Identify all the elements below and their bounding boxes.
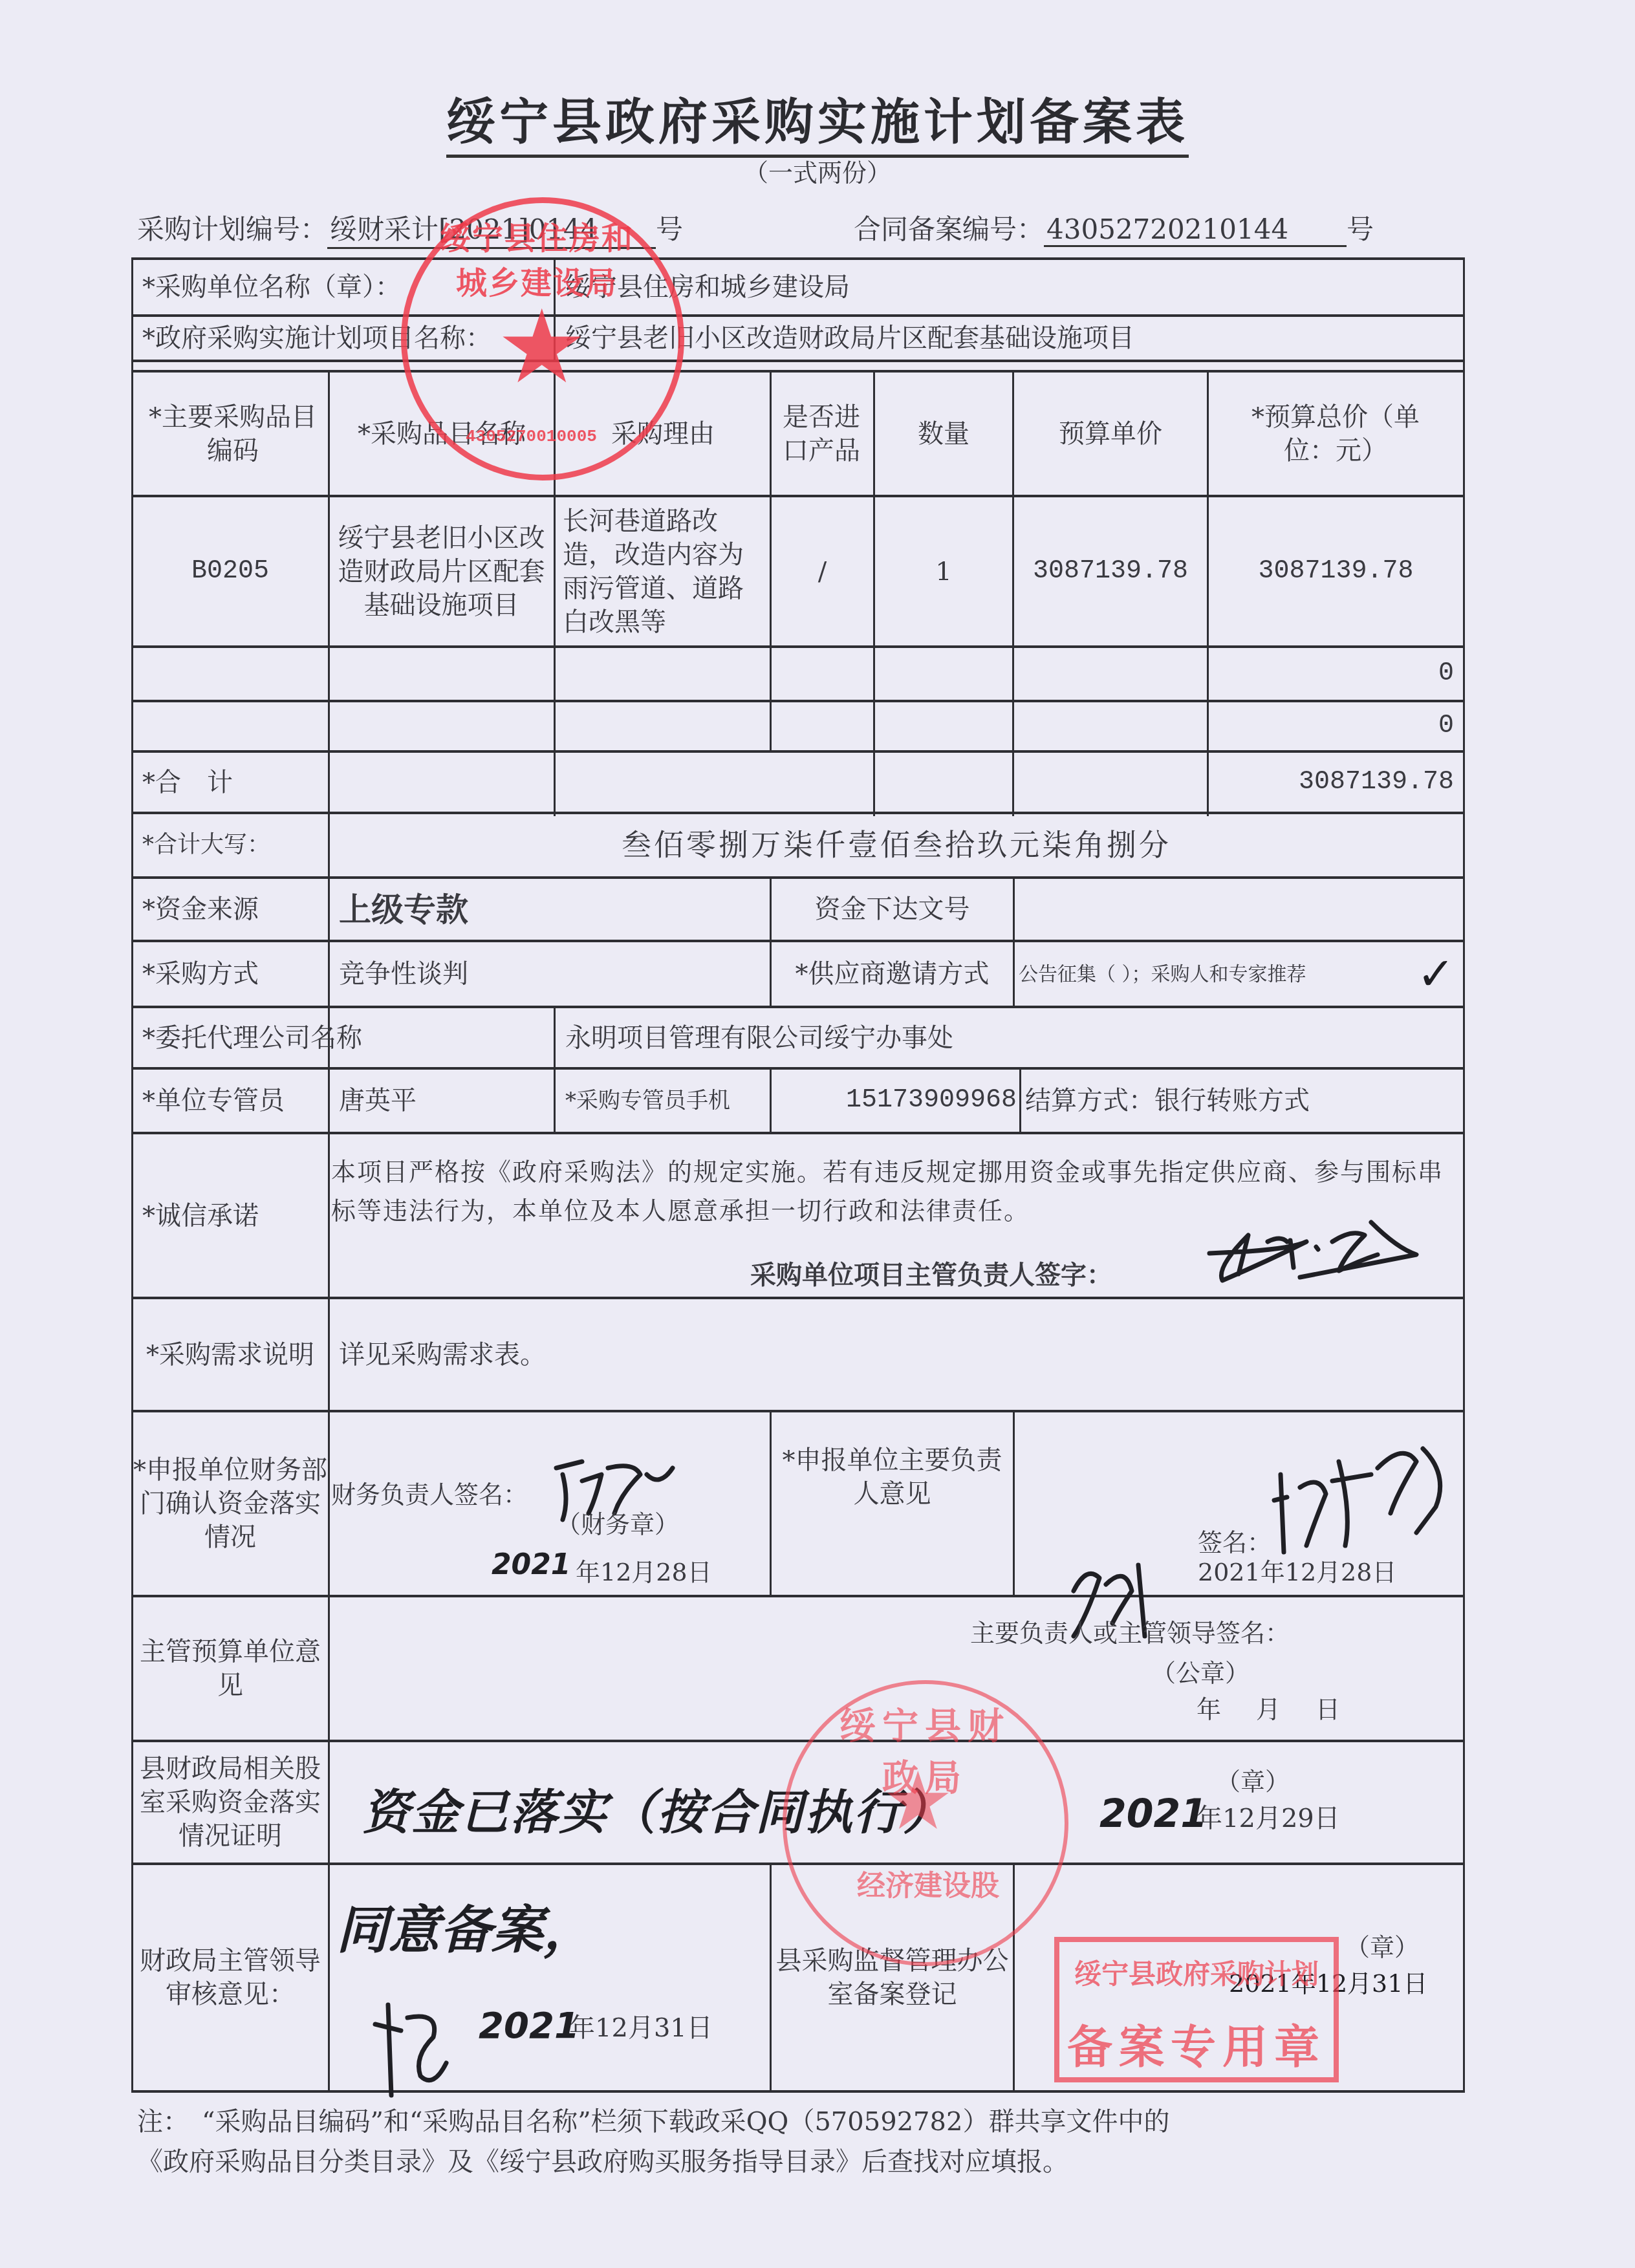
item-total: 3087139.78 xyxy=(1209,497,1463,645)
form-title: 绥宁县政府采购实施计划备案表 xyxy=(0,83,1635,153)
col-header-total: *预算总价（单位：元） xyxy=(1229,373,1442,495)
integrity-label: *诚信承诺 xyxy=(133,1134,327,1297)
bureau-proof-seal-label: （章） xyxy=(1216,1762,1290,1797)
filing-stamp-line2: 备案专用章 xyxy=(1064,2011,1329,2077)
unit-stamp-text: 绥宁县住房和城乡建设局 xyxy=(427,213,647,303)
col-header-code: *主要采购品目编码 xyxy=(149,373,317,495)
sum-upper-label: *合计大写： xyxy=(133,814,327,876)
manager-label: *单位专管员 xyxy=(133,1070,327,1132)
bureau-review-label: 财政局主管领导审核意见： xyxy=(133,1865,327,2090)
sum-upper-value: 叁佰零捌万柒仟壹佰叁拾玖元柒角捌分 xyxy=(330,814,1463,876)
leader-opinion-label: *申报单位主要负责人意见 xyxy=(772,1412,1013,1542)
supervisor-date: 年 月 日 xyxy=(1196,1689,1345,1725)
vline xyxy=(554,1006,556,1132)
demand-label: *采购需求说明 xyxy=(133,1299,327,1410)
settlement-method: 结算方式：银行转账方式 xyxy=(1021,1070,1461,1132)
finance-confirm-label: *申报单位财务部门确认资金落实情况 xyxy=(133,1412,327,1595)
method-label: *采购方式 xyxy=(133,942,327,1006)
invite-label: *供应商邀请方式 xyxy=(772,942,1013,1006)
office-seal-label: （章） xyxy=(1345,1927,1419,1963)
item-total: 0 xyxy=(1209,702,1463,750)
phone-label: *采购专管员手机 xyxy=(556,1070,770,1132)
finance-seal-label: （财务章） xyxy=(556,1504,679,1540)
col-header-qty: 数量 xyxy=(875,373,1012,495)
integrity-sign-label: 采购单位项目主管负责人签字： xyxy=(750,1255,1112,1291)
invite-value: 公告征集（ ）；采购人和专家推荐 xyxy=(1015,942,1403,1006)
fund-doc-value xyxy=(1015,879,1463,940)
method-value: 竞争性谈判 xyxy=(330,942,770,1006)
filing-stamp-line1: 绥宁县政府采购计划 xyxy=(1064,1953,1329,1992)
bureau-stamp-dept: 经济建设股 xyxy=(834,1863,1022,1904)
supervisor-label: 主管预算单位意见 xyxy=(133,1597,327,1740)
bureau-review-date-year: 2021 xyxy=(479,2005,579,2047)
manager-value: 唐英平 xyxy=(330,1070,554,1132)
demand-value: 详见采购需求表。 xyxy=(330,1299,1462,1410)
item-unit-price: 3087139.78 xyxy=(1014,497,1207,645)
bureau-proof-label: 县财政局相关股室采购资金落实情况证明 xyxy=(133,1742,327,1863)
item-code: B0205 xyxy=(133,497,327,645)
hline xyxy=(131,360,1465,362)
col-header-unit-price: 预算单价 xyxy=(1014,373,1207,495)
item-imported: / xyxy=(772,497,873,645)
bureau-proof-date-year: 2021 xyxy=(1099,1791,1207,1837)
bureau-proof-date: 年12月29日 xyxy=(1196,1798,1340,1835)
hline xyxy=(131,1132,1465,1134)
finance-date: 年12月28日 xyxy=(576,1552,712,1588)
item-reason: 长河巷道路改造，改造内容为雨污管道、道路白改黑等 xyxy=(563,497,763,645)
bureau-review-handwriting: 同意备案， xyxy=(336,1888,595,1963)
item-name: 绥宁县老旧小区改造财政局片区配套基础设施项目 xyxy=(333,497,550,645)
finance-date-year: 2021 xyxy=(492,1548,570,1581)
leader-date: 2021年12月28日 xyxy=(1198,1552,1396,1588)
phone-value: 15173909968 xyxy=(772,1070,1019,1132)
agent-label: *委托代理公司名称 xyxy=(133,1008,554,1067)
hline xyxy=(131,2090,1465,2093)
table-border-right xyxy=(1463,257,1465,2093)
sum-label: *合 计 xyxy=(133,753,327,812)
hline xyxy=(131,1595,1465,1597)
supervisor-sign-label: 主要负责人或主管领导签名： xyxy=(970,1613,1290,1648)
finance-sign-label: 财务负责人签名： xyxy=(331,1474,528,1510)
fund-doc-label: 资金下达文号 xyxy=(772,879,1013,940)
contract-number-value: 43052720210144 xyxy=(1044,213,1347,247)
agent-value: 永明项目管理有限公司绥宁办事处 xyxy=(556,1008,1462,1067)
sum-value: 3087139.78 xyxy=(1209,753,1463,812)
hline xyxy=(131,1740,1465,1742)
footnote: 注： “采购品目编码”和“采购品目名称”栏须下载政采QQ（570592782）群… xyxy=(137,2102,1495,2182)
signature-integrity xyxy=(1203,1216,1462,1287)
contract-number: 合同备案编号：43052720210144号 xyxy=(854,208,1374,247)
form-subtitle: （一式两份） xyxy=(0,153,1635,188)
supervisor-seal-label: （公章） xyxy=(1151,1653,1250,1689)
signature-bureau-review xyxy=(362,1998,453,2102)
signature-leader xyxy=(1261,1436,1468,1565)
unit-stamp-serial: 4305270010005 xyxy=(466,427,597,446)
item-qty: 1 xyxy=(875,497,1012,645)
unit-stamp-star-icon: ★ xyxy=(501,294,583,400)
item-total: 0 xyxy=(1209,648,1463,700)
fund-source-value: 上级专款 xyxy=(330,879,770,940)
fund-source-label: *资金来源 xyxy=(133,879,327,940)
col-header-imported: 是否进口产品 xyxy=(776,373,867,495)
vline xyxy=(1013,1410,1015,1597)
project-name-value: 绥宁县老旧小区改造财政局片区配套基础设施项目 xyxy=(556,317,1462,360)
bureau-review-date: 年12月31日 xyxy=(569,2007,713,2044)
unit-name-value: 绥宁县住房和城乡建设局 xyxy=(556,260,1462,314)
invite-checkmark: ✓ xyxy=(1410,942,1462,1006)
bureau-stamp-text: 绥宁县财政局 xyxy=(821,1698,1028,1801)
